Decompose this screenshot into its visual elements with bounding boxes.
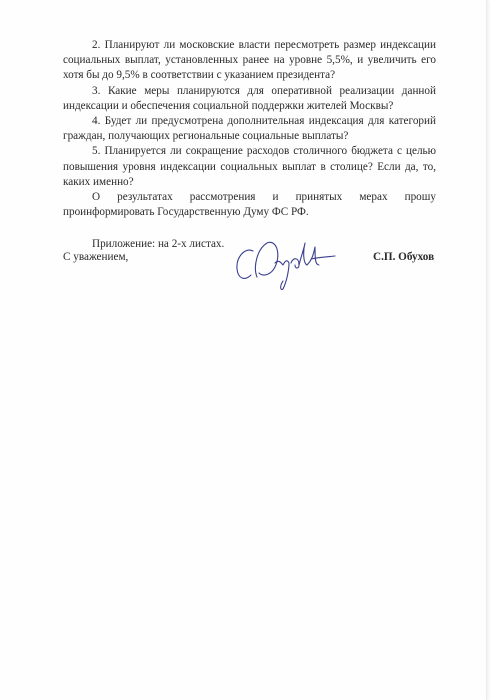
question-5: 5. Планируется ли сокращение расходов ст… [63, 144, 436, 190]
question-4: 4. Будет ли предусмотрена дополнительная… [63, 114, 436, 144]
request-paragraph: О результатах рассмотрения и принятых ме… [63, 190, 436, 220]
handwritten-signature-icon [231, 237, 341, 293]
signature-block: С уважением, С.П. Обухов [63, 251, 436, 291]
letter-body: 2. Планируют ли московские власти пересм… [63, 38, 436, 253]
signer-name: С.П. Обухов [373, 251, 434, 263]
question-2: 2. Планируют ли московские власти пересм… [63, 38, 436, 84]
closing-phrase: С уважением, [63, 251, 128, 263]
document-page: 2. Планируют ли московские власти пересм… [0, 0, 487, 700]
question-3: 3. Какие меры планируются для оперативно… [63, 84, 436, 114]
